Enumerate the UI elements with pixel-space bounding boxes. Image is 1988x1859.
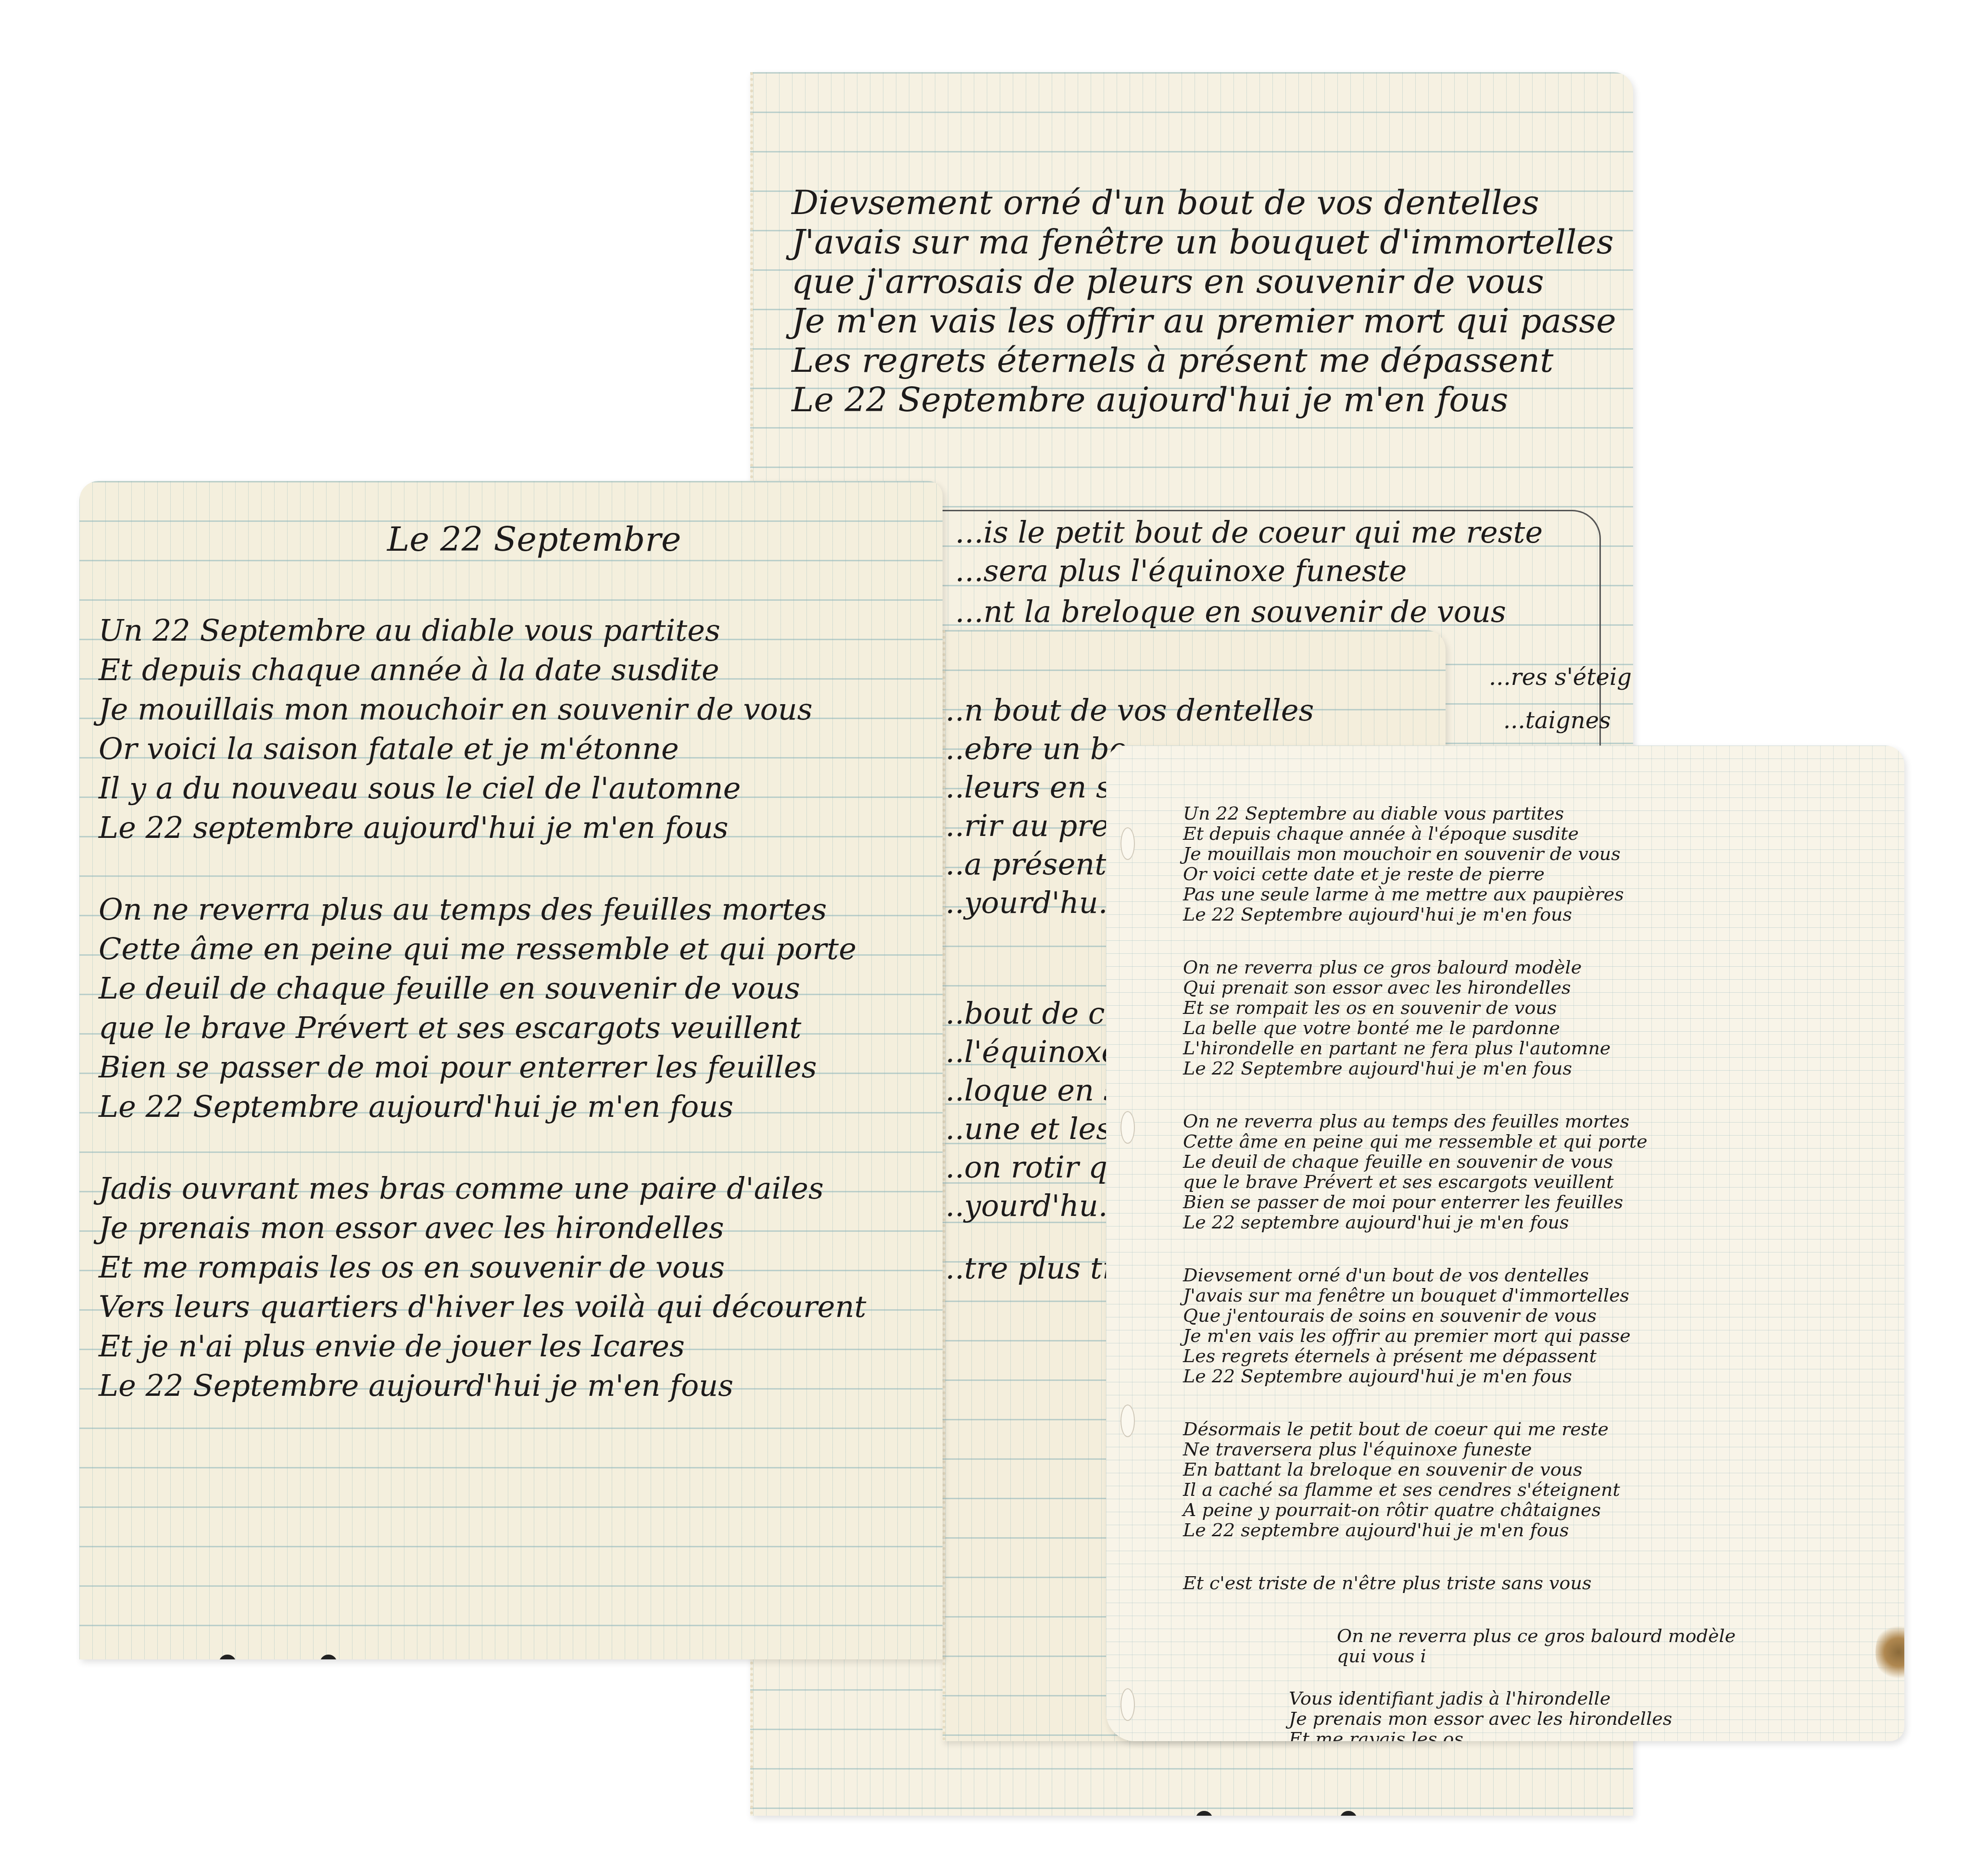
fragment: ...is le petit bout de coeur qui me rest… (955, 515, 1543, 550)
verse-line: Je m'en vais les offrir au premier mort … (792, 301, 1616, 341)
stanza: Un 22 Septembre au diable vous partites … (99, 611, 813, 847)
verse-line: Un 22 Septembre au diable vous partites (99, 611, 813, 650)
verse-line: Et me rayais les os (1289, 1729, 1672, 1741)
verse-line: Désormais le petit bout de coeur qui me … (1183, 1419, 1620, 1439)
verse-line: qui vous i (1337, 1646, 1736, 1666)
verse-line: Pas une seule larme à me mettre aux paup… (1183, 884, 1624, 904)
verse-line: Or voici la saison fatale et je m'étonne (99, 729, 813, 769)
verse-line: Le 22 septembre aujourd'hui je m'en fous (1183, 1520, 1620, 1540)
stanza: Jadis ouvrant mes bras comme une paire d… (99, 1169, 866, 1405)
verse-line: Le 22 Septembre aujourd'hui je m'en fous (1183, 1058, 1611, 1078)
fragment: ...res s'éteignent (1489, 664, 1633, 691)
verse-line: Que j'entourais de soins en souvenir de … (1183, 1305, 1631, 1326)
verse-line: Les regrets éternels à présent me dépass… (792, 341, 1616, 380)
draft-note: On ne reverra plus ce gros balourd modèl… (1337, 1626, 1736, 1666)
fragment: ...sera plus l'équinoxe funeste (955, 553, 1407, 588)
stain (1875, 1626, 1904, 1679)
verse-line: On ne reverra plus ce gros balourd modèl… (1337, 1626, 1736, 1646)
punch-hole (1120, 827, 1135, 860)
verse-line: Et depuis chaque année à la date susdite (99, 650, 813, 690)
verse-line: Ne traversera plus l'équinoxe funeste (1183, 1439, 1620, 1459)
stanza: On ne reverra plus ce gros balourd modèl… (1183, 957, 1611, 1078)
verse-line: Le 22 Septembre aujourd'hui je m'en fous (792, 380, 1616, 419)
stanza: On ne reverra plus au temps des feuilles… (1183, 1111, 1648, 1232)
verse-line: que le brave Prévert et ses escargots ve… (1183, 1172, 1648, 1192)
verse-line: A peine y pourrait-on rôtir quatre châta… (1183, 1500, 1620, 1520)
verse-line: En battant la breloque en souvenir de vo… (1183, 1459, 1620, 1480)
verse-line: Le 22 septembre aujourd'hui je m'en fous (99, 808, 813, 847)
verse-line: Je m'en vais les offrir au premier mort … (1183, 1326, 1631, 1346)
verse-line: L'hirondelle en partant ne fera plus l'a… (1183, 1038, 1611, 1058)
punch-hole (1120, 1404, 1135, 1437)
stanza: Un 22 Septembre au diable vous partites … (1183, 803, 1624, 924)
clip-mark (320, 1655, 337, 1659)
verse-line: Bien se passer de moi pour enterrer les … (1183, 1192, 1648, 1212)
fragment: ...yourd'hu... (943, 1188, 1127, 1223)
verse-line: Dievsement orné d'un bout de vos dentell… (792, 183, 1616, 222)
fragment: ...yourd'hu... (943, 885, 1127, 920)
verse-line: Je prenais mon essor avec les hirondelle… (1289, 1708, 1672, 1729)
verse-line: Le 22 septembre aujourd'hui je m'en fous (1183, 1212, 1648, 1232)
verse-line: Le 22 Septembre aujourd'hui je m'en fous (1183, 1366, 1631, 1386)
verse-line: Et depuis chaque année à l'époque susdit… (1183, 823, 1624, 844)
verse-line: J'avais sur ma fenêtre un bouquet d'immo… (792, 222, 1616, 262)
verse-line: Jadis ouvrant mes bras comme une paire d… (99, 1169, 866, 1208)
verse-line: que j'arrosais de pleurs en souvenir de … (792, 262, 1616, 301)
verse-line: Cette âme en peine qui me ressemble et q… (1183, 1131, 1648, 1151)
manuscript-page-draft: Un 22 Septembre au diable vous partites … (1106, 746, 1904, 1741)
verse-line: Et me rompais les os en souvenir de vous (99, 1248, 866, 1287)
verse-line: Je prenais mon essor avec les hirondelle… (99, 1208, 866, 1248)
fragment: ...nt la breloque en souvenir de vous (955, 594, 1506, 629)
verse-line: Et se rompait les os en souvenir de vous (1183, 998, 1611, 1018)
verse-line: Vers leurs quartiers d'hiver les voilà q… (99, 1287, 866, 1327)
draft-note: Vous identifiant jadis à l'hirondelle Je… (1289, 1688, 1672, 1741)
stanza: Dievsement orné d'un bout de vos dentell… (1183, 1265, 1631, 1386)
verse-line: Le 22 Septembre aujourd'hui je m'en fous (99, 1366, 866, 1405)
clip-mark (1340, 1811, 1357, 1816)
stanza: Dievsement orné d'un bout de vos dentell… (792, 183, 1616, 419)
closing-line: Et c'est triste de n'être plus triste sa… (1183, 1573, 1591, 1593)
verse-line: que le brave Prévert et ses escargots ve… (99, 1008, 856, 1048)
verse-line: Le deuil de chaque feuille en souvenir d… (99, 969, 856, 1008)
manuscript-page-title: Le 22 Septembre Un 22 Septembre au diabl… (79, 481, 943, 1659)
verse-line: On ne reverra plus au temps des feuilles… (1183, 1111, 1648, 1131)
clip-mark (1195, 1811, 1213, 1816)
verse-line: Un 22 Septembre au diable vous partites (1183, 803, 1624, 823)
verse-line: Les regrets éternels à présent me dépass… (1183, 1346, 1631, 1366)
verse-line: Qui prenait son essor avec les hirondell… (1183, 977, 1611, 998)
verse-line: On ne reverra plus ce gros balourd modèl… (1183, 957, 1611, 977)
punch-hole (1120, 1111, 1135, 1144)
verse-line: Vous identifiant jadis à l'hirondelle (1289, 1688, 1672, 1708)
verse-line: Or voici cette date et je reste de pierr… (1183, 864, 1624, 884)
verse-line: Il y a du nouveau sous le ciel de l'auto… (99, 769, 813, 808)
clip-mark (219, 1655, 236, 1659)
stanza: Désormais le petit bout de coeur qui me … (1183, 1419, 1620, 1540)
verse-line: Le 22 Septembre aujourd'hui je m'en fous (99, 1087, 856, 1126)
fragment: ...bout de c... (943, 996, 1133, 1031)
verse-line: La belle que votre bonté me le pardonne (1183, 1018, 1611, 1038)
poem-title: Le 22 Septembre (387, 519, 681, 559)
stanza: On ne reverra plus au temps des feuilles… (99, 890, 856, 1126)
verse-line: Dievsement orné d'un bout de vos dentell… (1183, 1265, 1631, 1285)
verse-line: Cette âme en peine qui me ressemble et q… (99, 929, 856, 969)
verse-line: Le 22 Septembre aujourd'hui je m'en fous (1183, 904, 1624, 924)
verse-line: Et je n'ai plus envie de jouer les Icare… (99, 1327, 866, 1366)
verse-line: Le deuil de chaque feuille en souvenir d… (1183, 1151, 1648, 1172)
verse-line: J'avais sur ma fenêtre un bouquet d'immo… (1183, 1285, 1631, 1305)
fragment: ...taignes (1503, 707, 1611, 734)
verse-line: On ne reverra plus au temps des feuilles… (99, 890, 856, 929)
fragment: ...n bout de vos dentelles (943, 693, 1314, 728)
verse-line: Je mouillais mon mouchoir en souvenir de… (1183, 844, 1624, 864)
verse-line: Je mouillais mon mouchoir en souvenir de… (99, 690, 813, 729)
verse-line: Il a caché sa flamme et ses cendres s'ét… (1183, 1480, 1620, 1500)
punch-hole (1120, 1688, 1135, 1721)
verse-line: Bien se passer de moi pour enterrer les … (99, 1048, 856, 1087)
